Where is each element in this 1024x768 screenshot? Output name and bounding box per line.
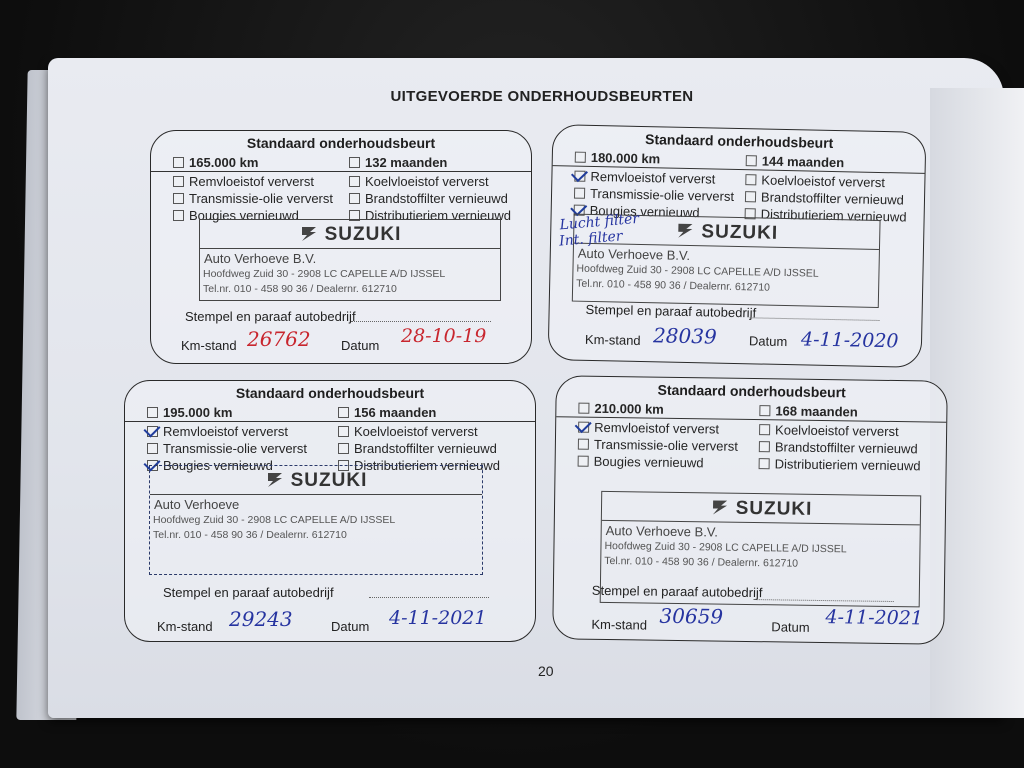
checkbox[interactable] (759, 458, 770, 469)
checkbox[interactable] (575, 152, 586, 163)
service-item[interactable]: Brandstoffilter vernieuwd (338, 441, 497, 456)
stamp-divider (200, 248, 500, 249)
stamp-divider (150, 494, 482, 495)
checkbox[interactable] (578, 439, 589, 450)
suzuki-logo: SUZUKI (150, 470, 482, 492)
service-item[interactable]: Distributieriem vernieuwd (759, 456, 921, 473)
checkbox[interactable] (574, 171, 585, 182)
suzuki-s-icon (299, 225, 319, 243)
checkbox[interactable] (173, 176, 184, 187)
service-item[interactable]: Transmissie-olie ververst (147, 441, 307, 456)
card-title: Standaard onderhoudsbeurt (125, 385, 535, 401)
suzuki-logo: SUZUKI (602, 496, 920, 522)
checkbox[interactable] (147, 407, 158, 418)
dealer-phone: Tel.nr. 010 - 458 90 36 / Dealernr. 6127… (153, 529, 347, 541)
month-interval[interactable]: 156 maanden (338, 405, 436, 420)
checkbox[interactable] (746, 155, 757, 166)
dealer-phone: Tel.nr. 010 - 458 90 36 / Dealernr. 6127… (576, 278, 770, 294)
checkbox[interactable] (349, 193, 360, 204)
service-item[interactable]: Transmissie-olie ververst (578, 437, 738, 454)
service-item[interactable]: Remvloeistof ververst (147, 424, 288, 439)
service-record-card-2: Standaard onderhoudsbeurt 180.000 km 144… (548, 124, 927, 368)
service-item[interactable]: Brandstoffilter vernieuwd (349, 191, 508, 206)
dealer-address: Hoofdweg Zuid 30 - 2908 LC CAPELLE A/D I… (576, 263, 818, 280)
stamp-label: Stempel en paraaf autobedrijf (585, 302, 756, 321)
service-item[interactable]: Transmissie-olie ververst (574, 186, 734, 204)
month-interval[interactable]: 132 maanden (349, 155, 447, 170)
date-label: Datum (749, 333, 788, 349)
service-item[interactable]: Remvloeistof ververst (574, 169, 715, 187)
suzuki-s-icon (675, 222, 695, 240)
dealer-stamp: SUZUKI Auto Verhoeve B.V. Hoofdweg Zuid … (199, 219, 501, 301)
km-value: 30659 (659, 604, 723, 629)
dealer-address: Hoofdweg Zuid 30 - 2908 LC CAPELLE A/D I… (153, 514, 395, 526)
checkbox[interactable] (147, 426, 158, 437)
date-label: Datum (331, 619, 369, 634)
checkbox[interactable] (759, 441, 770, 452)
service-record-card-4: Standaard onderhoudsbeurt 210.000 km 168… (552, 375, 948, 644)
date-label: Datum (771, 619, 810, 635)
service-item[interactable]: Bougies vernieuwd (578, 454, 704, 471)
service-item[interactable]: Remvloeistof ververst (578, 420, 719, 437)
checkbox[interactable] (349, 176, 360, 187)
service-record-card-1: Standaard onderhoudsbeurt 165.000 km 132… (150, 130, 532, 364)
dealer-stamp: SUZUKI Auto Verhoeve Hoofdweg Zuid 30 - … (149, 465, 483, 575)
checkbox[interactable] (173, 210, 184, 221)
dealer-address: Hoofdweg Zuid 30 - 2908 LC CAPELLE A/D I… (203, 268, 445, 280)
km-interval[interactable]: 210.000 km (578, 401, 664, 417)
stamp-label: Stempel en paraaf autobedrijf (592, 583, 763, 600)
header-divider (151, 171, 531, 172)
checkbox[interactable] (578, 403, 589, 414)
checkbox[interactable] (578, 422, 589, 433)
service-item[interactable]: Transmissie-olie ververst (173, 191, 333, 206)
card-title: Standaard onderhoudsbeurt (151, 135, 531, 151)
km-value: 26762 (247, 327, 311, 351)
km-value: 29243 (229, 607, 293, 631)
service-item[interactable]: Remvloeistof ververst (173, 174, 314, 189)
header-divider (125, 421, 535, 422)
date-value: 28-10-19 (401, 325, 486, 347)
km-interval[interactable]: 195.000 km (147, 405, 232, 420)
checkbox[interactable] (173, 193, 184, 204)
date-label: Datum (341, 338, 379, 353)
checkbox[interactable] (338, 426, 349, 437)
service-item[interactable]: Koelvloeistof ververst (338, 424, 478, 439)
signature-line (351, 321, 491, 322)
service-item[interactable]: Koelvloeistof ververst (759, 422, 899, 439)
checkbox[interactable] (338, 443, 349, 454)
checkbox[interactable] (759, 424, 770, 435)
date-value: 4-11-2021 (389, 607, 486, 629)
km-label: Km-stand (585, 332, 641, 348)
km-value: 28039 (653, 323, 717, 348)
month-interval[interactable]: 144 maanden (746, 153, 845, 170)
dealer-name: Auto Verhoeve B.V. (606, 523, 718, 540)
km-label: Km-stand (591, 617, 647, 633)
card-title: Standaard onderhoudsbeurt (557, 380, 947, 401)
signature-line (369, 597, 489, 598)
date-value: 4-11-2020 (801, 328, 899, 352)
checkbox[interactable] (338, 407, 349, 418)
page-number: 20 (538, 663, 554, 679)
checkbox[interactable] (173, 157, 184, 168)
service-record-card-3: Standaard onderhoudsbeurt 195.000 km 156… (124, 380, 536, 642)
checkbox[interactable] (147, 443, 158, 454)
stamp-label: Stempel en paraaf autobedrijf (163, 585, 334, 600)
dealer-phone: Tel.nr. 010 - 458 90 36 / Dealernr. 6127… (604, 555, 798, 570)
checkbox[interactable] (759, 405, 770, 416)
service-item[interactable]: Brandstoffilter vernieuwd (745, 189, 904, 207)
date-value: 4-11-2021 (825, 606, 923, 629)
km-interval[interactable]: 180.000 km (575, 150, 661, 167)
service-item[interactable]: Koelvloeistof ververst (745, 172, 885, 190)
km-label: Km-stand (181, 338, 237, 353)
dealer-name: Auto Verhoeve (154, 497, 239, 512)
checkbox[interactable] (578, 456, 589, 467)
dealer-name: Auto Verhoeve B.V. (578, 246, 691, 263)
dealer-phone: Tel.nr. 010 - 458 90 36 / Dealernr. 6127… (203, 283, 397, 295)
dealer-name: Auto Verhoeve B.V. (204, 251, 316, 266)
checkbox[interactable] (745, 191, 756, 202)
km-label: Km-stand (157, 619, 213, 634)
checkbox[interactable] (745, 174, 756, 185)
signature-line (749, 317, 879, 321)
checkbox[interactable] (349, 157, 360, 168)
month-interval[interactable]: 168 maanden (759, 403, 858, 419)
km-interval[interactable]: 165.000 km (173, 155, 258, 170)
dealer-address: Hoofdweg Zuid 30 - 2908 LC CAPELLE A/D I… (604, 540, 846, 555)
service-item[interactable]: Brandstoffilter vernieuwd (759, 439, 918, 456)
page-title: UITGEVOERDE ONDERHOUDSBEURTEN (0, 88, 1024, 105)
suzuki-logo: SUZUKI (200, 224, 500, 246)
service-item[interactable]: Koelvloeistof ververst (349, 174, 489, 189)
suzuki-s-icon (710, 498, 730, 516)
checkbox[interactable] (574, 188, 585, 199)
stamp-label: Stempel en paraaf autobedrijf (185, 309, 356, 324)
suzuki-s-icon (265, 471, 285, 489)
